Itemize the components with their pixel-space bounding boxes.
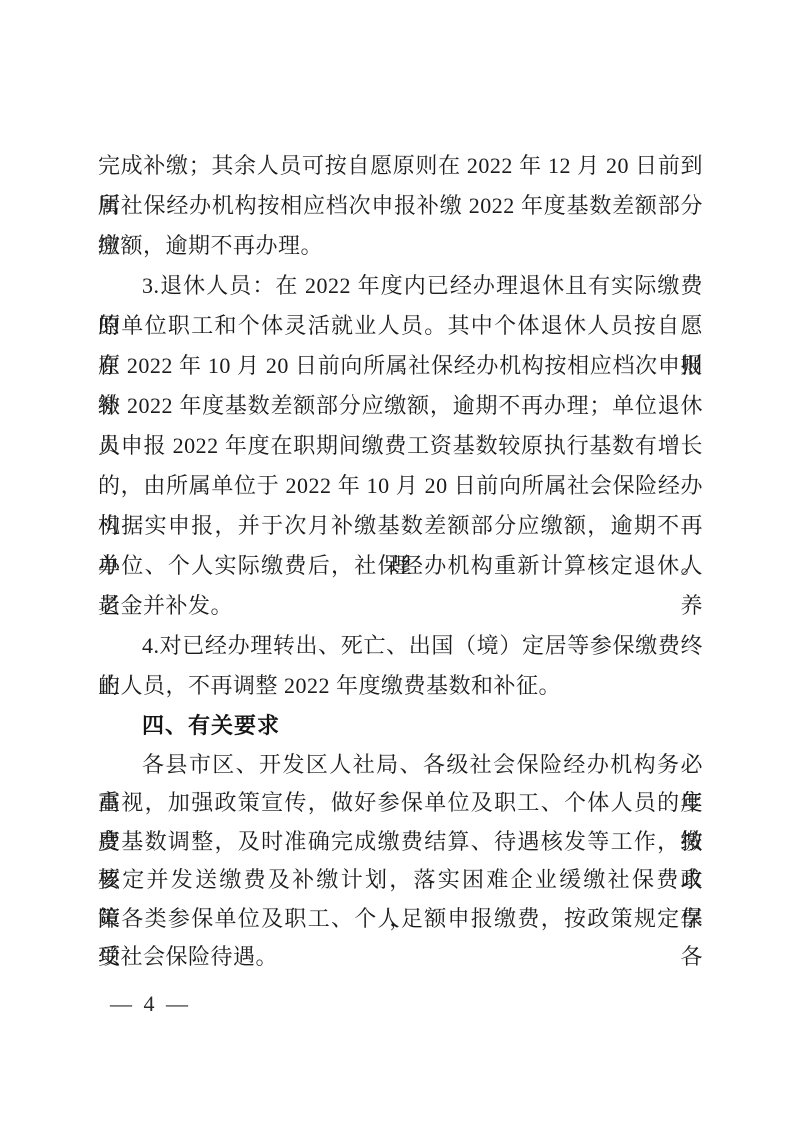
text-line: 的，由所属单位于 2022 年 10 月 20 日前向所属社会保险经办机 [98, 466, 703, 506]
paragraph-requirements: 各县市区、开发区人社局、各级社会保险经办机构务必高度 重视，加强政策宣传，做好参… [98, 746, 703, 976]
document-page: 完成补缴；其余人员可按自愿原则在 2022 年 12 月 20 日前到所 属社保… [0, 0, 793, 1122]
text-line: 原单位职工和个体灵活就业人员。其中个体退休人员按自愿原则 [98, 306, 703, 346]
text-line: 重视，加强政策宣传，做好参保单位及职工、个体人员的年度缴 [98, 784, 703, 822]
text-line: 在 2022 年 10 月 20 日前向所属社保经办机构按相应档次申报补 [98, 346, 703, 386]
text-line: 4.对已经办理转出、死亡、出国（境）定居等参保缴费终止 [98, 626, 703, 666]
paragraph-retirees-item3: 3.退休人员：在 2022 年度内已经办理退休且有实际缴费的 原单位职工和个体灵… [98, 266, 703, 626]
text-line: 3.退休人员：在 2022 年度内已经办理退休且有实际缴费的 [98, 266, 703, 306]
text-line: 构据实申报，并于次月补缴基数差额部分应缴额，逾期不再办理。 [98, 506, 703, 546]
document-body: 完成补缴；其余人员可按自愿原则在 2022 年 12 月 20 日前到所 属社保… [98, 146, 703, 976]
page-number: — 4 — [110, 992, 191, 1016]
paragraph-terminated-item4: 4.对已经办理转出、死亡、出国（境）定居等参保缴费终止 的人员，不再调整 202… [98, 626, 703, 706]
text-line: 员申报 2022 年度在职期间缴费工资基数较原执行基数有增长 [98, 426, 703, 466]
text-line: 完成补缴；其余人员可按自愿原则在 2022 年 12 月 20 日前到所 [98, 146, 703, 186]
text-line: 单位、个人实际缴费后，社保经办机构重新计算核定退休人员养 [98, 546, 703, 586]
text-line: 障各类参保单位及职工、个人足额申报缴费，按政策规定享受各 [98, 900, 703, 938]
text-line: 核定并发送缴费及补缴计划，落实困难企业缓缴社保费政策，保 [98, 861, 703, 899]
section-heading-requirements: 四、有关要求 [98, 706, 703, 746]
text-line: 费基数调整，及时准确完成缴费结算、待遇核发等工作，按要求 [98, 823, 703, 861]
text-line: 缴 2022 年度基数差额部分应缴额，逾期不再办理；单位退休人 [98, 386, 703, 426]
text-line: 属社保经办机构按相应档次申报补缴 2022 年度基数差额部分应 [98, 186, 703, 226]
paragraph-supplement-payment: 完成补缴；其余人员可按自愿原则在 2022 年 12 月 20 日前到所 属社保… [98, 146, 703, 266]
text-line: 缴额，逾期不再办理。 [98, 226, 703, 266]
text-line: 各县市区、开发区人社局、各级社会保险经办机构务必高度 [98, 746, 703, 784]
text-line: 的人员，不再调整 2022 年度缴费基数和补征。 [98, 666, 703, 706]
